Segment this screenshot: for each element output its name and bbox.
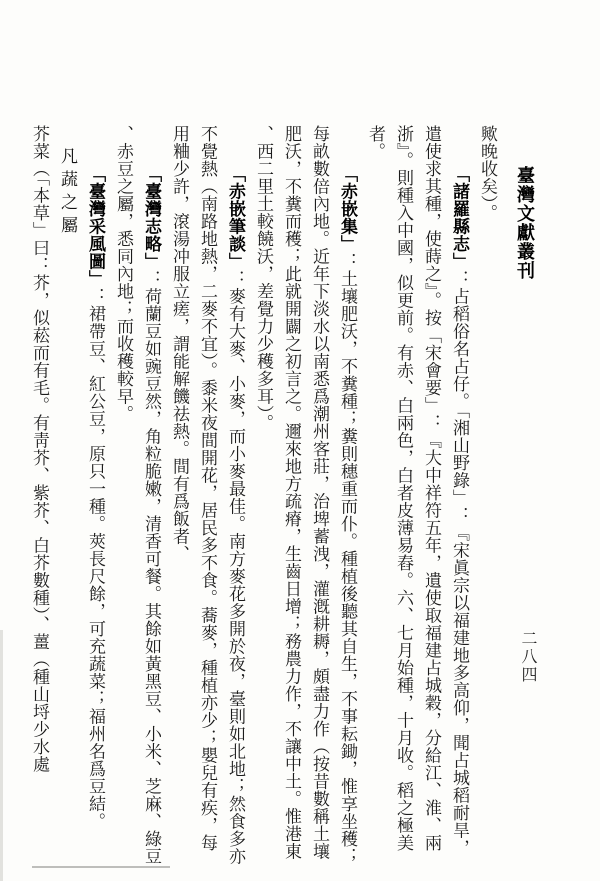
text-column: 歟晚收矣）。 [473,125,501,222]
text-column: 遣使求其種，使蒔之』。按「宋會要」：『大中祥符五年，遺使取福建占城穀，分給江、淮… [417,125,445,852]
text-column: 「臺灣采風圖」：裙帶豆、紅公豆，原只一種。莢長尺餘，可充蔬菜；福州名爲豆結。 [81,165,109,830]
text-column: 、赤豆之屬，悉同內地；而收穫較早。 [109,125,137,423]
column-text: 、西二里土較饒沃，差覺力少穫多耳）。 [254,125,273,432]
column-text: 凡蔬之屬 [58,147,77,239]
series-title: 臺灣文獻叢刊 [511,166,539,280]
section-heading: 凡蔬之屬 [53,147,81,239]
column-text: 每畝數倍內地。近年下淡水以南悉爲潮州客莊，治埤蓄洩，灌漑耕耨，頗盡力作（按昔數稱… [310,125,329,860]
text-column: 每畝數倍內地。近年下淡水以南悉爲潮州客莊，治埤蓄洩，灌漑耕耨，頗盡力作（按昔數稱… [305,125,333,860]
column-text: 遣使求其種，使蒔之』。按「宋會要」：『大中祥符五年，遺使取福建占城穀，分給江、淮… [422,125,441,852]
column-text: 不覺熱（南路地熱，二麥不宜）。黍米夜間開花，居民多不食。蕎麥，種植亦少；嬰兒有疾… [198,125,217,852]
text-column: 「臺灣志略」：荷蘭豆如豌豆然，角粒脆嫩，清香可餐。其餘如黃黑豆、小米、芝麻、綠豆 [137,165,165,865]
book-title: 「諸羅縣志」 [450,165,469,270]
column-text: 者。 [366,125,385,160]
column-text: ：麥有大麥、小麥，而小麥最佳。南方麥花多開於夜，臺則如北地；然食多亦 [226,270,245,865]
text-column: 「赤嵌集」：土壤肥沃，不糞種；糞則穗重而仆。種植後聽其自生，不事耘鋤，惟享坐穫； [333,165,361,865]
text-column: 肥沃，不糞而穫；此就開闢之初言之。邇來地方疏瘠，生齒日增；務農力作，不讓中土。惟… [277,125,305,860]
column-text: 芥菜（「本草」曰：芥，似菘而有毛。有靑芥、紫芥、白芥數種）、薑（種山埒少水處 [30,125,49,773]
text-column: 浙』。則種入中國，似更前。有赤、白兩色，白者皮薄易舂。六、七月始種，十月收。稻之… [389,125,417,852]
text-column: 、西二里土較饒沃，差覺力少穫多耳）。 [249,125,277,432]
book-title: 「赤嵌集」 [338,165,357,253]
column-text: 用粬少許，滾湯冲服立瘥，謂能解饑祛熱。間有爲飯者、 [170,125,189,563]
scanned-page: 臺灣文獻叢刊 二八四 歟晚收矣）。 「諸羅縣志」：占稻俗名占仔。「湘山野錄」：『… [0,0,600,881]
scan-edge-shadow [0,630,3,881]
column-text: 浙』。則種入中國，似更前。有赤、白兩色，白者皮薄易舂。六、七月始種，十月收。稻之… [394,125,413,852]
page-number: 二八四 [514,630,540,684]
text-column: 者。 [361,125,389,160]
book-title: 「臺灣采風圖」 [86,165,105,288]
scan-artifact-line [32,866,170,868]
book-title: 「赤嵌筆談」 [226,165,245,270]
text-column: 用粬少許，滾湯冲服立瘥，謂能解饑祛熱。間有爲飯者、 [165,125,193,563]
column-text: 歟晚收矣）。 [478,125,497,222]
book-title: 「臺灣志略」 [142,165,161,270]
column-text: ：土壤肥沃，不糞種；糞則穗重而仆。種植後聽其自生，不事耘鋤，惟享坐穫； [338,253,357,866]
column-text: ：裙帶豆、紅公豆，原只一種。莢長尺餘，可充蔬菜；福州名爲豆結。 [86,288,105,831]
text-column: 「赤嵌筆談」：麥有大麥、小麥，而小麥最佳。南方麥花多開於夜，臺則如北地；然食多亦 [221,165,249,865]
column-text: 肥沃，不糞而穫；此就開闢之初言之。邇來地方疏瘠，生齒日增；務農力作，不讓中土。惟… [282,125,301,860]
column-text: ：荷蘭豆如豌豆然，角粒脆嫩，清香可餐。其餘如黃黑豆、小米、芝麻、綠豆 [142,270,161,865]
column-text: ：占稻俗名占仔。「湘山野錄」：『宋眞宗以福建地多高仰，聞占城稻耐旱， [450,270,469,857]
column-text: 、赤豆之屬，悉同內地；而收穫較早。 [114,125,133,423]
text-column: 芥菜（「本草」曰：芥，似菘而有毛。有靑芥、紫芥、白芥數種）、薑（種山埒少水處 [25,125,53,773]
text-column: 「諸羅縣志」：占稻俗名占仔。「湘山野錄」：『宋眞宗以福建地多高仰，聞占城稻耐旱， [445,165,473,857]
text-column: 不覺熱（南路地熱，二麥不宜）。黍米夜間開花，居民多不食。蕎麥，種植亦少；嬰兒有疾… [193,125,221,852]
